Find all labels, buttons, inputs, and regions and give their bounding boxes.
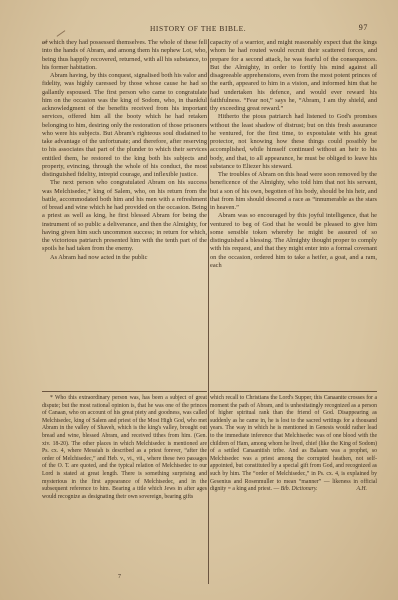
- footnote-signature: A.H.: [356, 486, 367, 494]
- footnote-text: * Who this extraordinary person was, has…: [42, 395, 207, 501]
- footnote-rule: [42, 391, 207, 392]
- paragraph: As Abram had now acted in the public: [42, 254, 207, 262]
- printer-signature-mark: 7: [118, 574, 121, 580]
- footnote-source: Bib. Dictionary.: [281, 486, 318, 492]
- footnote-text: which recall to Christians the Lord's Su…: [210, 395, 377, 492]
- column-divider: [208, 39, 209, 584]
- paragraph: The troubles of Abram on this head were …: [210, 171, 377, 212]
- footnote-left: * Who this extraordinary person was, has…: [42, 395, 207, 501]
- footnote-rule: [210, 391, 377, 392]
- footnote-right: which recall to Christians the Lord's Su…: [210, 395, 377, 494]
- running-title: HISTORY OF THE BIBLE.: [150, 24, 246, 33]
- book-page: HISTORY OF THE BIBLE. 97 of which they h…: [0, 0, 398, 600]
- paragraph: of which they had possessed themselves. …: [42, 39, 207, 72]
- paragraph: Abram was so encouraged by this joyful i…: [210, 212, 377, 270]
- paragraph: Hitherto the pious patriarch had listene…: [210, 113, 377, 171]
- paragraph: capacity of a warrior, and might reasona…: [210, 39, 377, 113]
- right-column: capacity of a warrior, and might reasona…: [210, 39, 377, 390]
- left-column: of which they had possessed themselves. …: [42, 39, 207, 390]
- page-number: 97: [359, 23, 368, 32]
- paragraph: The next person who congratulated Abram …: [42, 179, 207, 253]
- pencil-mark: [57, 30, 66, 37]
- paragraph: Abram having, by this conquest, signalis…: [42, 72, 207, 179]
- running-header: HISTORY OF THE BIBLE. 97: [150, 24, 370, 34]
